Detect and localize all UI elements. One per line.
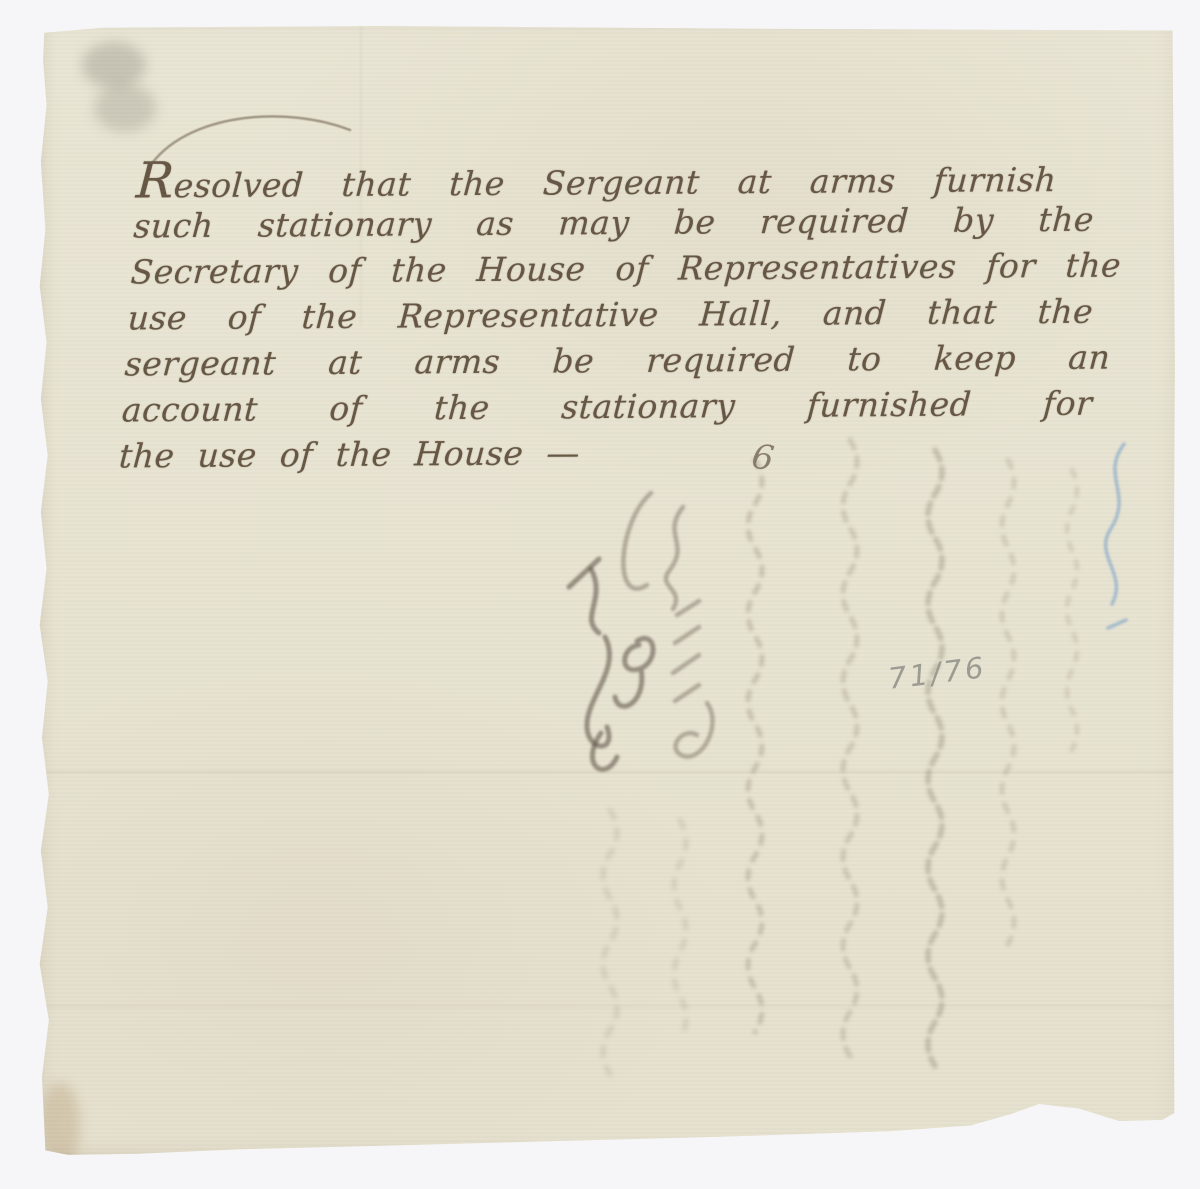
handwritten-line: the use of the House — <box>118 427 1111 480</box>
handwritten-line: Secretary of the House of Representative… <box>129 243 1122 296</box>
bleedthrough-script-columns <box>690 430 1110 1110</box>
bleedthrough-script-lower <box>540 800 760 1100</box>
handwritten-line: sergeant at arms be required to keep an <box>123 335 1116 388</box>
ink-flourish-bleedthrough <box>555 465 775 795</box>
scan-viewport: { "doc": { "lines": [ "Resolved that the… <box>0 0 1200 1189</box>
ink-smudge <box>94 84 156 132</box>
ink-smudge <box>82 42 146 88</box>
handwritten-line: use of the Representative Hall, and that… <box>126 289 1119 342</box>
handwritten-line: such stationary as may be required by th… <box>132 197 1125 250</box>
paper-crease <box>34 771 1176 773</box>
handwritten-line: Resolved that the Sergeant at arms furni… <box>135 151 1128 204</box>
handwritten-line: account of the stationary furnished for <box>121 381 1114 434</box>
resolution-text: Resolved that the Sergeant at arms furni… <box>118 151 1129 480</box>
paper-sheet: Resolved that the Sergeant at arms furni… <box>34 26 1176 1156</box>
edge-stain <box>40 1082 80 1168</box>
pencil-archival-number: 71/76 <box>886 650 988 696</box>
paper-crease <box>34 1005 1176 1007</box>
